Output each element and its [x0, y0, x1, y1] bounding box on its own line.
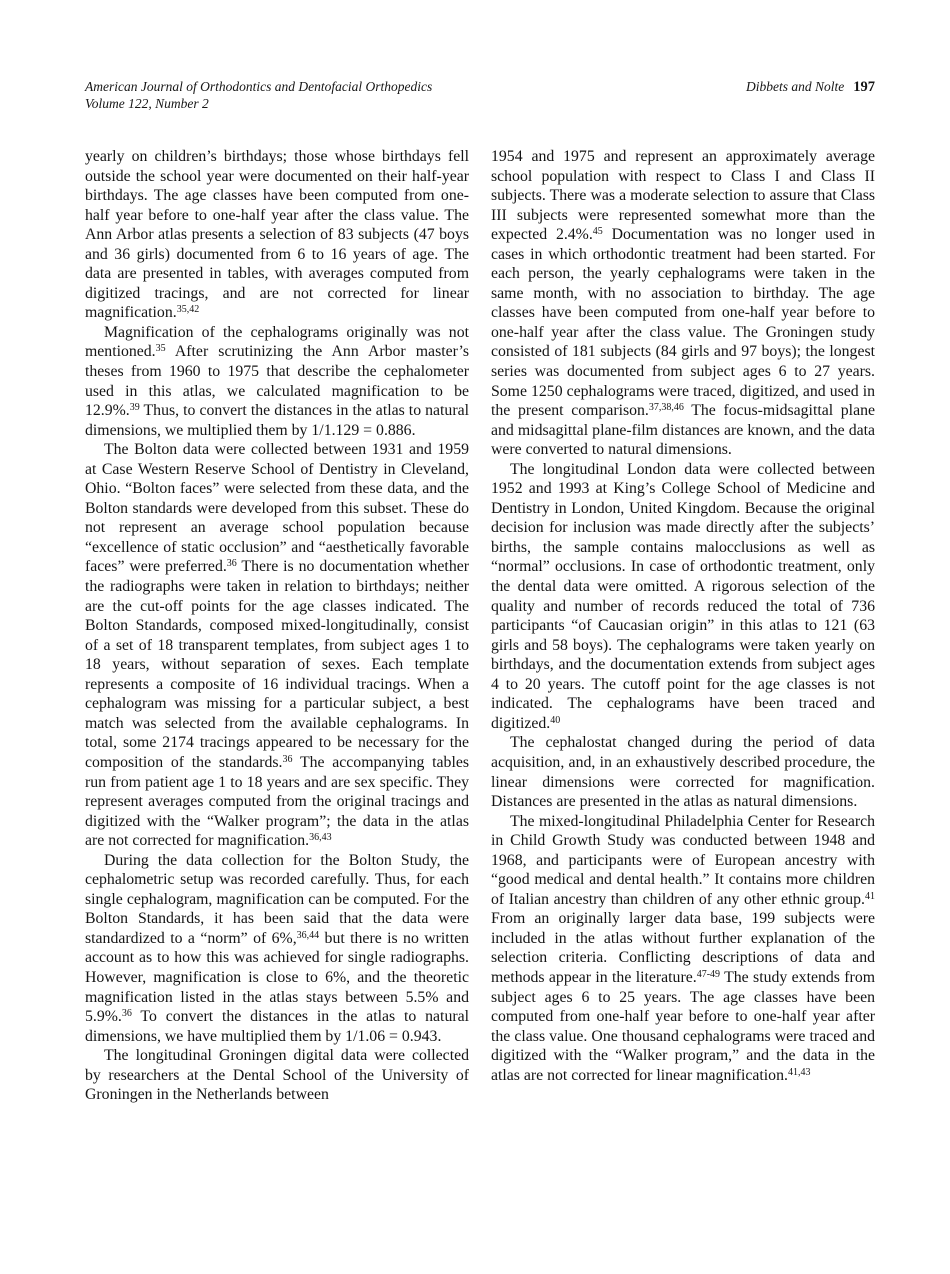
journal-title: American Journal of Orthodontics and Den…: [85, 78, 432, 95]
article-body: yearly on children’s birthdays; those wh…: [85, 147, 875, 1105]
citation-superscript: 37,38,46: [649, 402, 684, 413]
paragraph: Magnification of the cephalograms origin…: [85, 323, 469, 440]
paragraph: The longitudinal London data were collec…: [491, 460, 875, 734]
citation-superscript: 36: [227, 558, 237, 569]
journal-header-block: American Journal of Orthodontics and Den…: [85, 78, 432, 112]
citation-superscript: 35: [156, 343, 166, 354]
citation-superscript: 41,43: [788, 1067, 811, 1078]
citation-superscript: 36: [122, 1008, 132, 1019]
page-number: 197: [853, 79, 875, 96]
paragraph: The Bolton data were collected between 1…: [85, 440, 469, 850]
citation-superscript: 47-49: [697, 969, 720, 980]
journal-page: American Journal of Orthodontics and Den…: [0, 0, 950, 1274]
right-column: 1954 and 1975 and represent an approxima…: [491, 147, 875, 1105]
citation-superscript: 36: [282, 754, 292, 765]
paragraph: The cephalostat changed during the perio…: [491, 733, 875, 811]
citation-superscript: 36,44: [297, 930, 320, 941]
citation-superscript: 40: [550, 715, 560, 726]
header-right-block: Dibbets and Nolte 197: [746, 78, 875, 96]
citation-superscript: 45: [593, 226, 603, 237]
paragraph: During the data collection for the Bolto…: [85, 851, 469, 1046]
paragraph: 1954 and 1975 and represent an approxima…: [491, 147, 875, 460]
paragraph: yearly on children’s birthdays; those wh…: [85, 147, 469, 323]
left-column: yearly on children’s birthdays; those wh…: [85, 147, 469, 1105]
running-header: American Journal of Orthodontics and Den…: [85, 78, 875, 112]
citation-superscript: 41: [865, 891, 875, 902]
citation-superscript: 39: [130, 402, 140, 413]
running-authors: Dibbets and Nolte: [746, 78, 844, 95]
paragraph: The longitudinal Groningen digital data …: [85, 1046, 469, 1105]
journal-issue: Volume 122, Number 2: [85, 95, 432, 112]
paragraph: The mixed-longitudinal Philadelphia Cent…: [491, 812, 875, 1086]
citation-superscript: 36,43: [309, 832, 332, 843]
citation-superscript: 35,42: [177, 304, 200, 315]
